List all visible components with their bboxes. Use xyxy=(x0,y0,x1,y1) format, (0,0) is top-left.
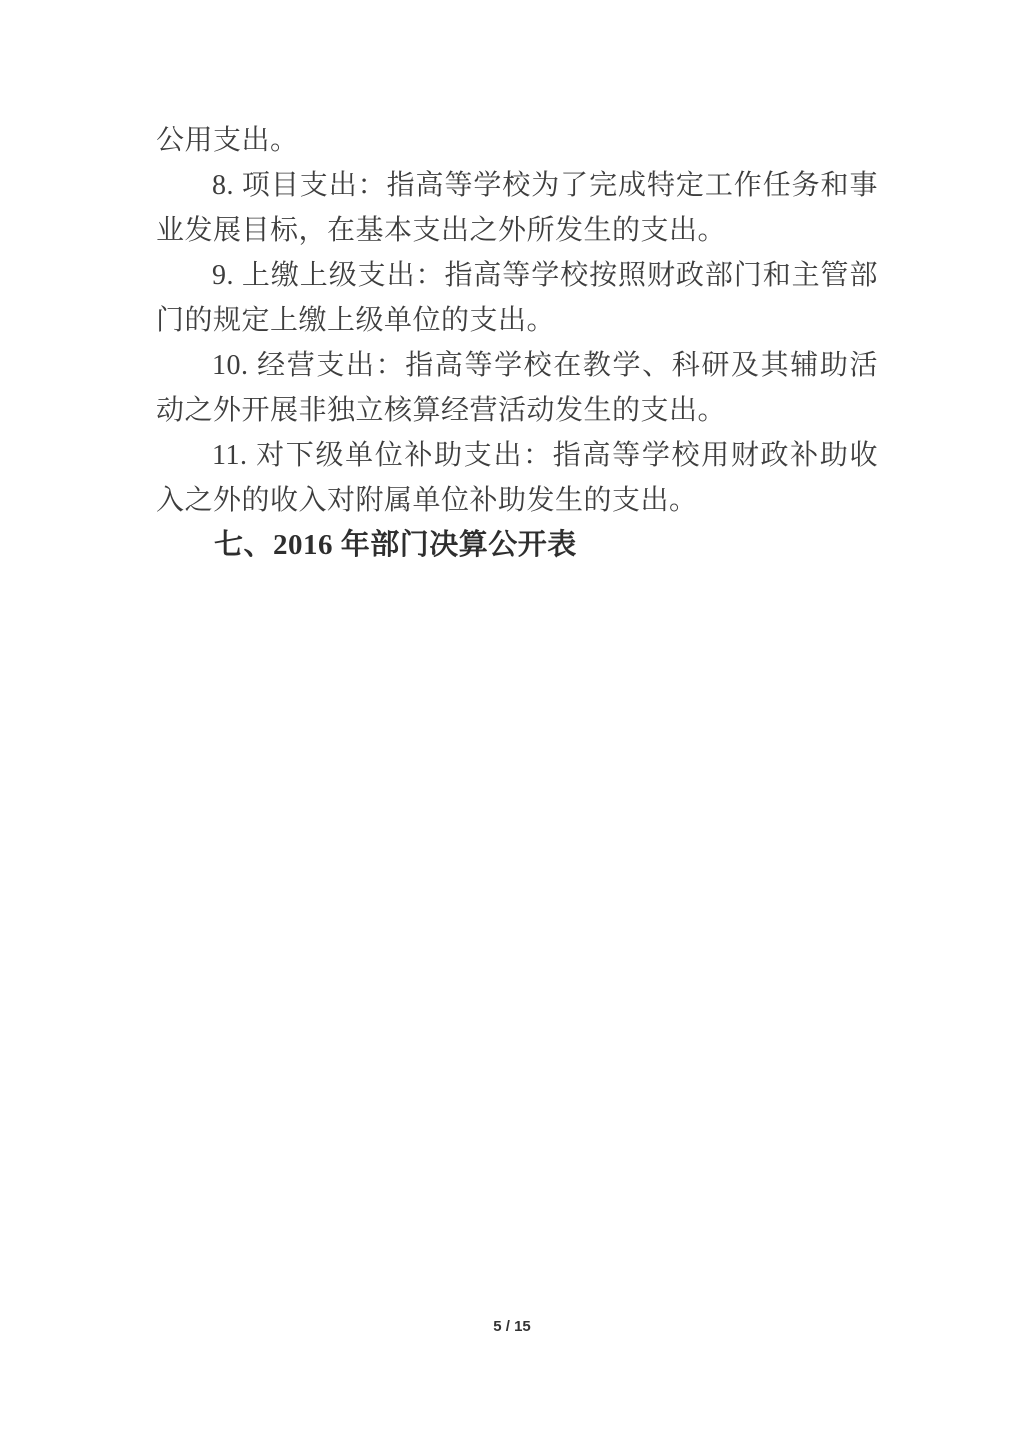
page-number: 5 / 15 xyxy=(0,1318,1024,1335)
document-body: 公用支出。 8. 项目支出：指高等学校为了完成特定工作任务和事业发展目标，在基本… xyxy=(156,118,878,568)
paragraph-item-8-project-expenditure: 8. 项目支出：指高等学校为了完成特定工作任务和事业发展目标，在基本支出之外所发… xyxy=(156,163,878,253)
paragraph-item-11-subsidy-to-subordinates: 11. 对下级单位补助支出：指高等学校用财政补助收入之外的收入对附属单位补助发生… xyxy=(156,433,878,523)
document-page: 公用支出。 8. 项目支出：指高等学校为了完成特定工作任务和事业发展目标，在基本… xyxy=(0,0,1024,1448)
paragraph-item-9-upward-remittance: 9. 上缴上级支出：指高等学校按照财政部门和主管部门的规定上缴上级单位的支出。 xyxy=(156,253,878,343)
section-heading-2016-final-accounts-tables: 七、2016 年部门决算公开表 xyxy=(156,523,878,568)
paragraph-item-10-operating-expenditure: 10. 经营支出：指高等学校在教学、科研及其辅助活动之外开展非独立核算经营活动发… xyxy=(156,343,878,433)
paragraph-continuation: 公用支出。 xyxy=(156,118,878,163)
